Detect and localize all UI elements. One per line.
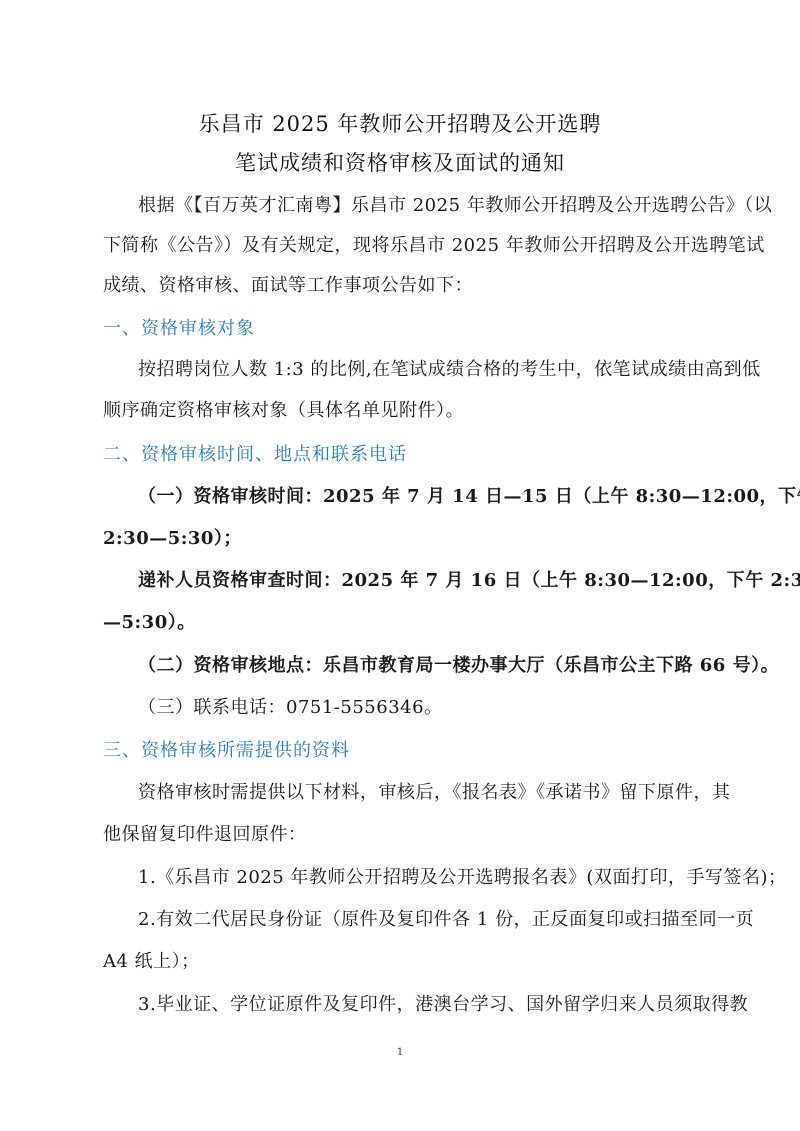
section1-heading: 一、资格审核对象	[103, 314, 255, 340]
section3-item-3: 3.毕业证、学位证原件及复印件，港澳台学习、国外留学归来人员须取得教	[138, 990, 748, 1016]
section3-item-2-cont: A4 纸上）；	[103, 947, 200, 973]
section1-body-line2: 顺序确定资格审核对象（具体名单见附件）。	[103, 396, 464, 422]
intro-paragraph-line3: 成绩、资格审核、面试等工作事项公告如下：	[103, 271, 473, 297]
intro-paragraph-line1: 根据《【百万英才汇南粤】乐昌市 2025 年教师公开招聘及公开选聘公告》（以	[138, 191, 772, 217]
section3-item-1: 1.《乐昌市 2025 年教师公开招聘及公开选聘报名表》(双面打印，手写签名)；	[138, 863, 786, 889]
section3-intro-line2: 他保留复印件退回原件：	[103, 820, 307, 846]
document-title-line1: 乐昌市 2025 年教师公开招聘及公开选聘	[0, 108, 800, 138]
section2-phone: （三）联系电话：0751-5556346。	[138, 693, 443, 719]
page-number: 1	[0, 1047, 800, 1058]
section2-supplement-line2: —5:30）。	[103, 608, 196, 634]
section1-body-line1: 按招聘岗位人数 1:3 的比例,在笔试成绩合格的考生中，依笔试成绩由高到低	[138, 355, 761, 381]
section3-item-2: 2.有效二代居民身份证（原件及复印件各 1 份，正反面复印或扫描至同一页	[138, 905, 754, 931]
section2-time-line1: （一）资格审核时间：2025 年 7 月 14 日—15 日（上午 8:30—1…	[138, 482, 800, 508]
document-page: 乐昌市 2025 年教师公开招聘及公开选聘 笔试成绩和资格审核及面试的通知 根据…	[0, 0, 800, 1131]
intro-paragraph-line2: 下简称《公告》）及有关规定，现将乐昌市 2025 年教师公开招聘及公开选聘笔试	[103, 231, 765, 257]
section2-supplement-line1: 递补人员资格审查时间：2025 年 7 月 16 日（上午 8:30—12:00…	[138, 566, 800, 592]
section3-heading: 三、资格审核所需提供的资料	[103, 736, 350, 762]
document-title-line2: 笔试成绩和资格审核及面试的通知	[0, 147, 800, 177]
section3-intro-line1: 资格审核时需提供以下材料，审核后，《报名表》《承诺书》留下原件，其	[138, 778, 731, 804]
section2-time-line2: 2:30—5:30）；	[103, 524, 242, 550]
section2-heading: 二、资格审核时间、地点和联系电话	[103, 440, 407, 466]
section2-location: （二）资格审核地点：乐昌市教育局一楼办事大厅（乐昌市公主下路 66 号）。	[138, 651, 779, 677]
